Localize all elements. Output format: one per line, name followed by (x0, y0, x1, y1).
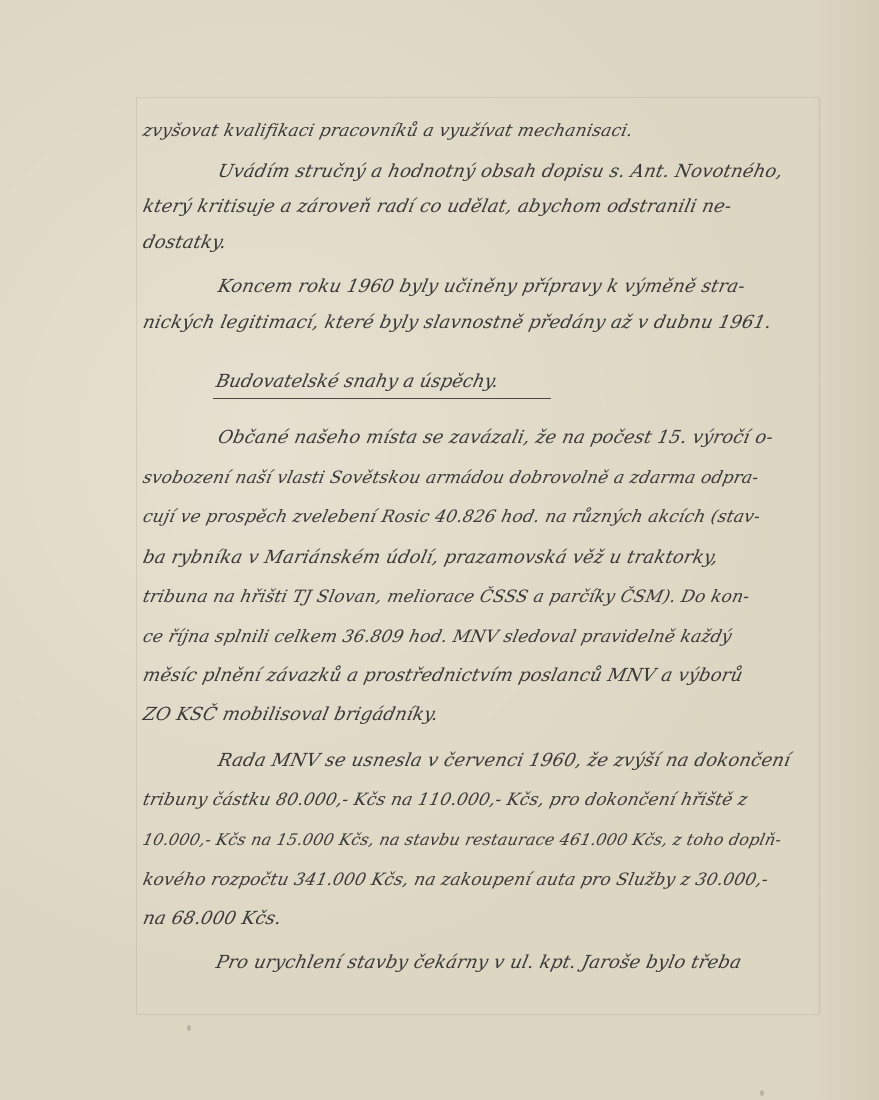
section-heading: Budovatelské snahy a úspěchy. (214, 371, 500, 392)
paper-speck (187, 1025, 191, 1031)
document-page: zvyšovat kvalifikaci pracovníků a využív… (0, 0, 879, 1100)
text-line: nických legitimací, které byly slavnostn… (141, 312, 774, 333)
text-line: Koncem roku 1960 byly učiněny přípravy k… (216, 276, 747, 297)
text-line: Občané našeho místa se zavázali, že na p… (216, 427, 775, 448)
text-line: měsíc plnění závazků a prostřednictvím p… (141, 665, 745, 686)
heading-underline (213, 398, 551, 399)
text-line: kového rozpočtu 341.000 Kčs, na zakoupen… (141, 870, 770, 890)
text-line: na 68.000 Kčs. (141, 908, 284, 929)
text-line: 10.000,- Kčs na 15.000 Kčs, na stavbu re… (141, 830, 783, 849)
text-line: Pro urychlení stavby čekárny v ul. kpt. … (214, 952, 743, 973)
text-line: cují ve prospěch zvelebení Rosic 40.826 … (141, 507, 762, 527)
text-line: který kritisuje a zároveň radí co udělat… (141, 196, 734, 217)
text-line: svobození naší vlasti Sovětskou armádou … (141, 468, 761, 488)
text-line: tribuna na hřišti TJ Slovan, meliorace Č… (141, 587, 751, 607)
text-line: ZO KSČ mobilisoval brigádníky. (141, 704, 440, 725)
text-line: tribuny částku 80.000,- Kčs na 110.000,-… (141, 790, 749, 810)
text-line: ce října splnili celkem 36.809 hod. MNV … (141, 627, 734, 647)
text-line: dostatky. (141, 232, 228, 253)
paper-speck (760, 1090, 764, 1096)
text-line: zvyšovat kvalifikaci pracovníků a využív… (141, 121, 635, 141)
text-line: Uvádím stručný a hodnotný obsah dopisu s… (216, 161, 785, 182)
text-line: Rada MNV se usnesla v červenci 1960, že … (216, 750, 792, 771)
text-line: ba rybníka v Mariánském údolí, prazamovs… (141, 547, 720, 568)
